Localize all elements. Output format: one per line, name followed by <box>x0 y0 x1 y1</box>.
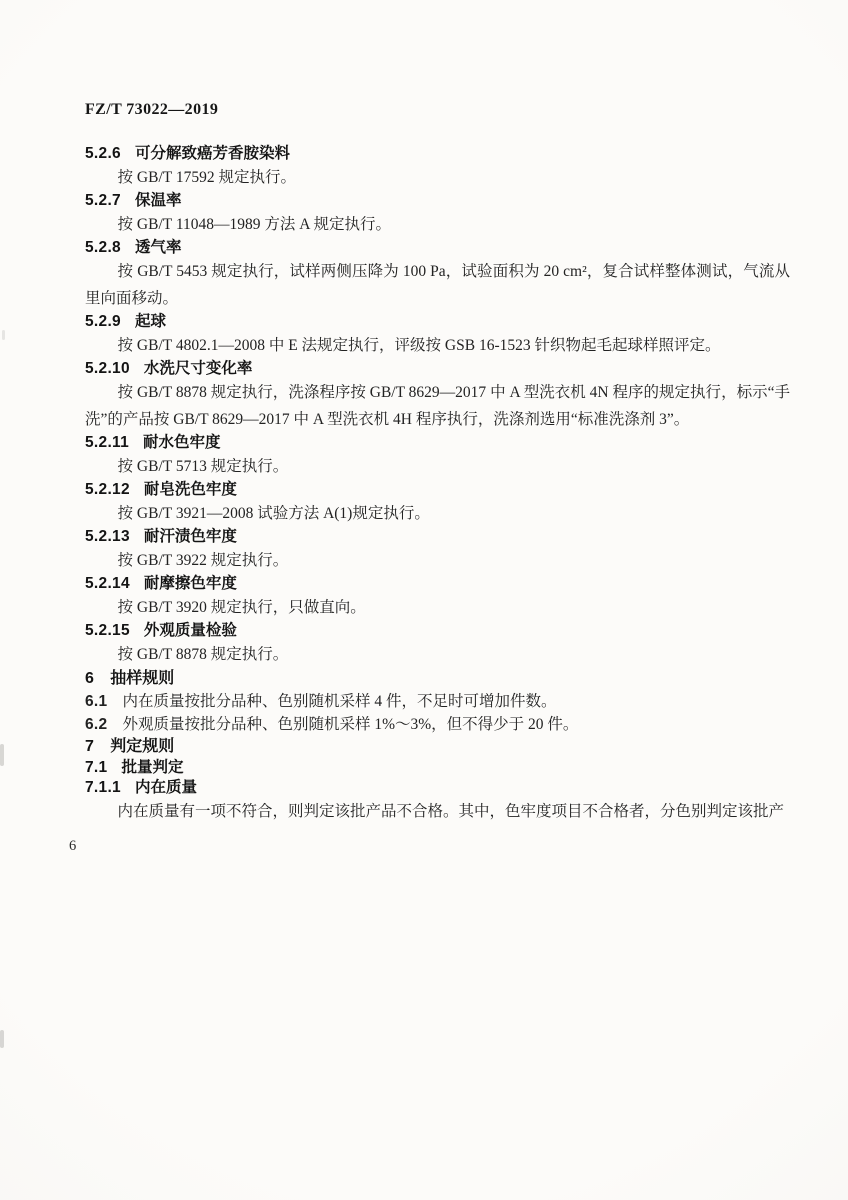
body-paragraph: 按 GB/T 11048—1989 方法 A 规定执行。 <box>85 211 790 238</box>
clause-number: 5.2.12 <box>85 481 130 498</box>
clause-title: 抽样规则 <box>110 670 174 687</box>
clause-heading: 5.2.11耐水色牢度 <box>85 433 790 453</box>
chapter-heading: 7判定规则 <box>85 736 790 758</box>
body-paragraph: 按 GB/T 8878 规定执行，洗涤程序按 GB/T 8629—2017 中 … <box>85 379 790 433</box>
clause-number: 5.2.10 <box>85 360 130 377</box>
clause-title: 外观质量检验 <box>144 622 237 639</box>
clause-number: 5.2.8 <box>85 239 121 256</box>
body-paragraph: 按 GB/T 3921—2008 试验方法 A(1)规定执行。 <box>85 500 790 527</box>
page-number: 6 <box>69 837 790 855</box>
clause-number: 5.2.7 <box>85 192 121 209</box>
clause-number: 5.2.14 <box>85 575 130 592</box>
clause-number: 5.2.6 <box>85 145 121 162</box>
clause-heading: 5.2.15外观质量检验 <box>85 621 790 641</box>
body-paragraph: 按 GB/T 5713 规定执行。 <box>85 453 790 480</box>
item-text: 内在质量按批分品种、色别随机采样 4 件，不足时可增加件数。 <box>122 693 556 710</box>
clause-number: 5.2.13 <box>85 528 130 545</box>
body-paragraph: 按 GB/T 4802.1—2008 中 E 法规定执行，评级按 GSB 16-… <box>85 332 790 359</box>
document-body: 5.2.6可分解致癌芳香胺染料按 GB/T 17592 规定执行。5.2.7保温… <box>85 144 790 825</box>
item-text: 外观质量按批分品种、色别随机采样 1%～3%，但不得少于 20 件。 <box>122 716 578 733</box>
clause-number: 6 <box>85 670 94 687</box>
clause-title: 透气率 <box>135 239 182 256</box>
clause-number: 7.1 <box>85 759 107 776</box>
standard-number-header: FZ/T 73022—2019 <box>85 100 790 120</box>
clause-heading: 5.2.7保温率 <box>85 191 790 211</box>
clause-heading: 5.2.9起球 <box>85 312 790 332</box>
clause-heading: 5.2.12耐皂洗色牢度 <box>85 480 790 500</box>
numbered-item: 6.2外观质量按批分品种、色别随机采样 1%～3%，但不得少于 20 件。 <box>85 713 790 736</box>
clause-title: 耐水色牢度 <box>143 434 221 451</box>
body-paragraph: 按 GB/T 5453 规定执行，试样两侧压降为 100 Pa，试验面积为 20… <box>85 258 790 312</box>
item-number: 6.1 <box>85 693 107 710</box>
body-paragraph: 按 GB/T 8878 规定执行。 <box>85 641 790 668</box>
clause-title: 批量判定 <box>121 759 183 776</box>
clause-heading: 5.2.13耐汗渍色牢度 <box>85 527 790 547</box>
clause-number: 7 <box>85 738 94 755</box>
clause-title: 判定规则 <box>110 738 174 755</box>
item-number: 6.2 <box>85 716 107 733</box>
clause-title: 水洗尺寸变化率 <box>144 360 253 377</box>
chapter-heading: 6抽样规则 <box>85 668 790 690</box>
clause-title: 耐摩擦色牢度 <box>144 575 237 592</box>
numbered-item: 6.1内在质量按批分品种、色别随机采样 4 件，不足时可增加件数。 <box>85 690 790 713</box>
scan-artifact <box>2 330 5 340</box>
clause-heading: 7.1.1内在质量 <box>85 778 790 798</box>
clause-heading: 5.2.14耐摩擦色牢度 <box>85 574 790 594</box>
scan-artifact <box>0 1030 4 1048</box>
clause-heading: 5.2.10水洗尺寸变化率 <box>85 359 790 379</box>
document-page: FZ/T 73022—2019 5.2.6可分解致癌芳香胺染料按 GB/T 17… <box>0 0 848 1200</box>
scan-artifact <box>0 744 4 766</box>
clause-title: 内在质量 <box>135 779 197 796</box>
clause-title: 可分解致癌芳香胺染料 <box>135 145 290 162</box>
clause-number: 5.2.15 <box>85 622 130 639</box>
clause-number: 5.2.11 <box>85 434 129 451</box>
clause-heading: 5.2.8透气率 <box>85 238 790 258</box>
clause-heading: 7.1批量判定 <box>85 758 790 778</box>
body-paragraph: 按 GB/T 17592 规定执行。 <box>85 164 790 191</box>
clause-title: 起球 <box>135 313 166 330</box>
body-paragraph: 按 GB/T 3922 规定执行。 <box>85 547 790 574</box>
clause-heading: 5.2.6可分解致癌芳香胺染料 <box>85 144 790 164</box>
clause-number: 7.1.1 <box>85 779 121 796</box>
clause-number: 5.2.9 <box>85 313 121 330</box>
body-paragraph: 按 GB/T 3920 规定执行，只做直向。 <box>85 594 790 621</box>
clause-title: 耐汗渍色牢度 <box>144 528 237 545</box>
body-paragraph: 内在质量有一项不符合，则判定该批产品不合格。其中，色牢度项目不合格者，分色别判定… <box>85 798 790 825</box>
clause-title: 耐皂洗色牢度 <box>144 481 237 498</box>
clause-title: 保温率 <box>135 192 182 209</box>
